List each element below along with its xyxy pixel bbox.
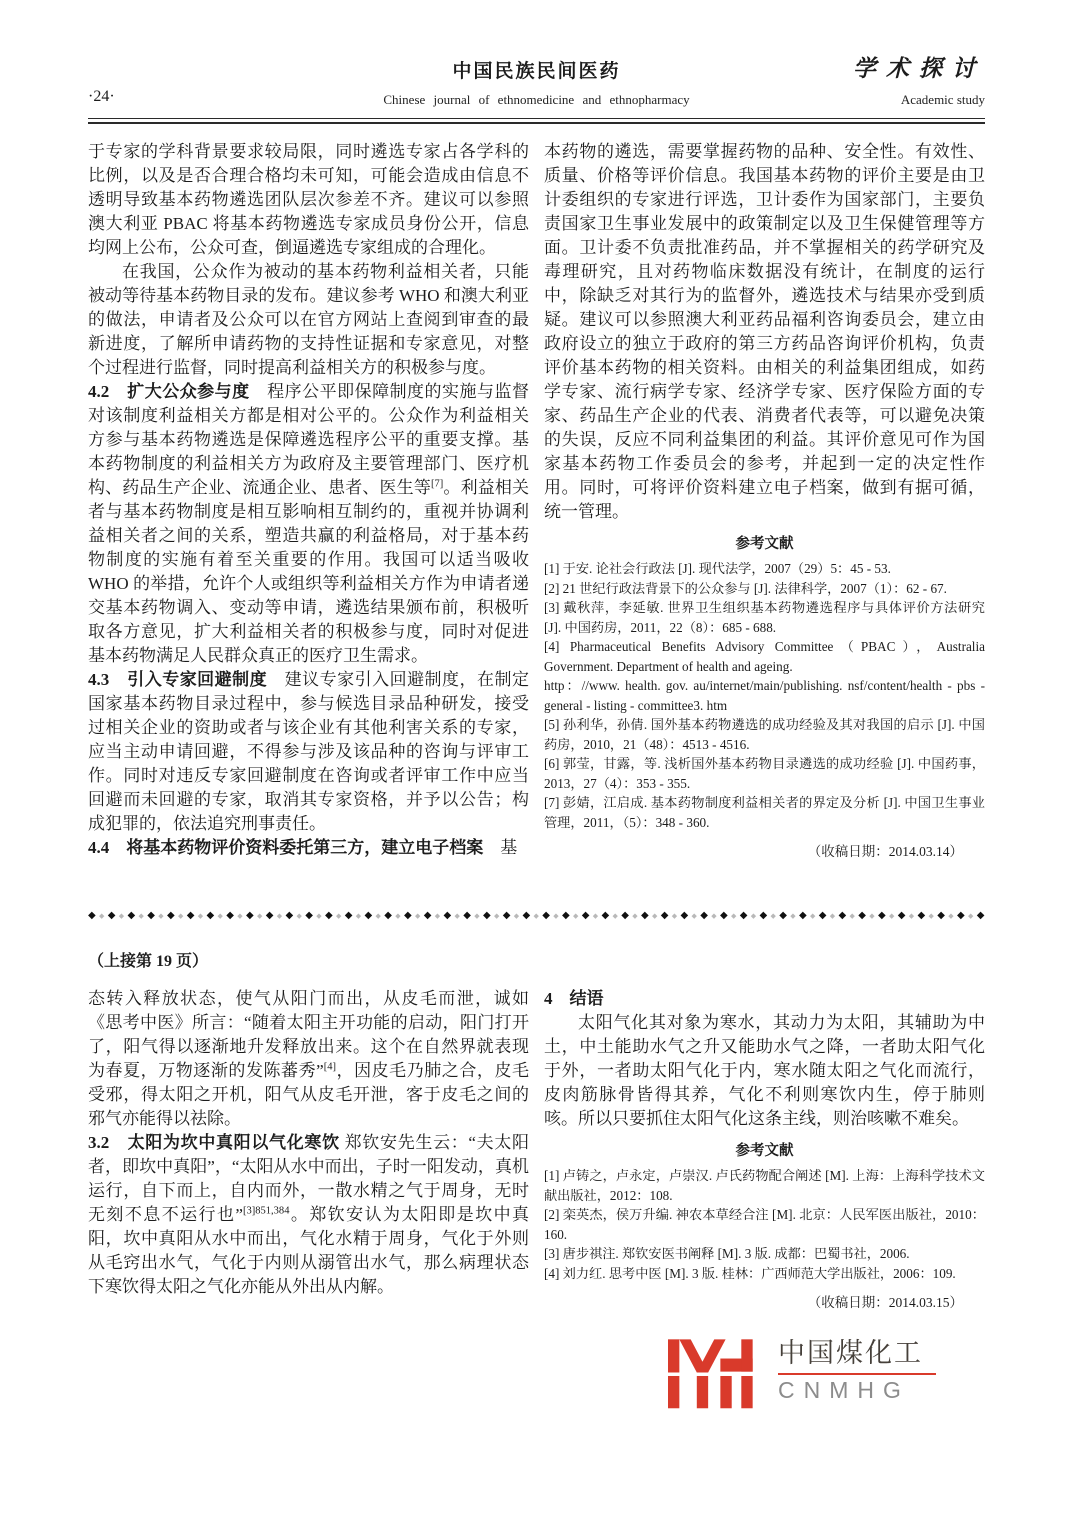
column-title-block: 学术探讨 Academic study xyxy=(690,50,985,108)
journal-title-block: 中国民族民间医药 Chinese journal of ethnomedicin… xyxy=(383,56,689,108)
logo-name-en: CNMHG xyxy=(778,1377,936,1404)
logo-name-zh: 中国煤化工 xyxy=(778,1331,936,1370)
article2-references-heading: 参考文献 xyxy=(544,1139,985,1160)
logo-underline xyxy=(778,1373,936,1375)
page-header: ·24· 中国民族民间医药 Chinese journal of ethnome… xyxy=(0,0,1072,114)
logo-text-block: 中国煤化工 CNMHG xyxy=(778,1327,936,1404)
header-rule xyxy=(88,118,985,124)
article1-left-column: 于专家的学科背景要求较局限，同时遴选专家占各学科的比例，以及是否合理合格均未可知… xyxy=(88,140,529,860)
article1-right-column: 本药物的遴选，需要掌握药物的品种、安全性。有效性、质量、价格等评价信息。我国基本… xyxy=(544,140,985,860)
cnmhg-logo: 中国煤化工 CNMHG xyxy=(668,1327,985,1411)
article2-references-list: [1] 卢铸之，卢永定，卢崇汉. 卢氏药物配合阐述 [M]. 上海：上海科学技术… xyxy=(544,1166,985,1283)
article1-references-heading: 参考文献 xyxy=(544,532,985,553)
article2-received-date: （收稿日期：2014.03.15） xyxy=(544,1291,985,1311)
article-1: 于专家的学科背景要求较局限，同时遴选专家占各学科的比例，以及是否合理合格均未可知… xyxy=(0,140,1072,860)
article1-references-list: [1] 于安. 论社会行政法 [J]. 现代法学，2007（29）5：45 - … xyxy=(544,559,985,832)
column-title-en: Academic study xyxy=(690,92,985,108)
article2-right-text: 4 结语太阳气化其对象为寒水，其动力为太阳，其辅助为中土，中土能助水气之升又能助… xyxy=(544,987,985,1131)
article1-right-text: 本药物的遴选，需要掌握药物的品种、安全性。有效性、质量、价格等评价信息。我国基本… xyxy=(544,140,985,524)
journal-page: ·24· 中国民族民间医药 Chinese journal of ethnome… xyxy=(0,0,1072,1516)
journal-title-zh: 中国民族民间医药 xyxy=(383,56,689,83)
cnmhg-logo-mark-icon xyxy=(668,1327,764,1411)
section-divider: ◆◆◆◆◆◆◆◆◆◆◆◆◆◆◆◆◆◆◆◆◆◆◆◆◆◆◆◆◆◆◆◆◆◆◆◆◆◆◆◆… xyxy=(88,910,985,922)
journal-title-en: Chinese journal of ethnomedicine and eth… xyxy=(383,92,689,108)
page-number: ·24· xyxy=(88,88,383,108)
column-title-zh: 学术探讨 xyxy=(690,50,985,83)
article2-left-column: 态转入释放状态，使气从阳门而出，从皮毛而泄，诚如《思考中医》所言：“随着太阳主开… xyxy=(88,987,529,1411)
continuation-note: （上接第 19 页） xyxy=(0,922,1072,971)
article2-right-column: 4 结语太阳气化其对象为寒水，其动力为太阳，其辅助为中土，中土能助水气之升又能助… xyxy=(544,987,985,1411)
article1-received-date: （收稿日期：2014.03.14） xyxy=(544,840,985,860)
article-2: 态转入释放状态，使气从阳门而出，从皮毛而泄，诚如《思考中医》所言：“随着太阳主开… xyxy=(0,987,1072,1411)
